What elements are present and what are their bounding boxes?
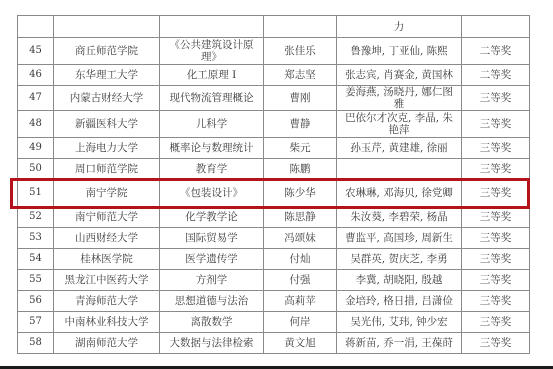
cell-no: 50 [18,159,54,180]
cell-course: 现代物流管理概论 [160,86,264,111]
cell-course: 教育学 [160,159,264,180]
cell-no: 52 [18,207,54,228]
table-row: 46东华理工大学化工原理 I郑志坚张志宾, 肖赛金, 黄国林二等奖 [18,65,530,86]
cell-school: 东华理工大学 [54,65,160,86]
cell-members: 金培玲, 格日措, 吕潇俭 [337,291,462,312]
cell-lead: 高莉苹 [264,291,337,312]
cell-course: 思想道德与法治 [160,291,264,312]
cell-no: 55 [18,270,54,291]
cell-course: 儿科学 [160,111,264,138]
table-row: 56青海师范大学思想道德与法治高莉苹金培玲, 格日措, 吕潇俭三等奖 [18,291,530,312]
cell-no: 46 [18,65,54,86]
cell-award: 三等奖 [462,249,530,270]
cell-lead: 曹刚 [264,86,337,111]
cell-members: 张志宾, 肖赛金, 黄国林 [337,65,462,86]
cell-award: 三等奖 [462,111,530,138]
cell-no: 45 [18,38,54,65]
table-row: 58湖南师范大学大数据与法律检索黄文旭蒋新苗, 乔一涓, 王葆莳三等奖 [18,333,530,354]
cell-lead: 张佳乐 [264,38,337,65]
cell-members: 巴依尔才次克, 李晶, 朱艳萍 [337,111,462,138]
cell-no: 58 [18,333,54,354]
cell-lead: 冯颂妹 [264,228,337,249]
cell-lead: 陈鹏 [264,159,337,180]
table-row: 53山西财经大学国际贸易学冯颂妹曹监平, 高国珍, 周新生三等奖 [18,228,530,249]
cell-school: 青海师范大学 [54,291,160,312]
cell-award: 三等奖 [462,270,530,291]
cell-school: 湖南师范大学 [54,333,160,354]
table-row: 48新疆医科大学儿科学曹静巴依尔才次克, 李晶, 朱艳萍三等奖 [18,111,530,138]
cell-course: 方剂学 [160,270,264,291]
table-row: 55黑龙江中医药大学方剂学付强李冀, 胡晓阳, 殷越三等奖 [18,270,530,291]
table-row: 47内蒙古财经大学现代物流管理概论曹刚姜海燕, 汤晓丹, 娜仁图雅三等奖 [18,86,530,111]
cell-award: 二等奖 [462,38,530,65]
cell-no [18,16,54,38]
cell-course: 《公共建筑设计原理》 [160,38,264,65]
table-row: 54桂林医学院医学遗传学付灿吴群英, 贺庆芝, 李勇三等奖 [18,249,530,270]
cell-lead: 陈少华 [264,180,337,207]
cell-no: 56 [18,291,54,312]
cell-members: 鲁豫坤, 丁亚仙, 陈熙 [337,38,462,65]
cell-members: 曹监平, 高国珍, 周新生 [337,228,462,249]
cell-members: 李冀, 胡晓阳, 殷越 [337,270,462,291]
table-row-header-fragment: 力 [18,16,530,38]
table-row-highlighted: 51南宁学院《包装设计》陈少华农琳琳, 邓海贝, 徐党卿三等奖 [18,180,530,207]
cell-school: 山西财经大学 [54,228,160,249]
cell-school: 黑龙江中医药大学 [54,270,160,291]
cell-no: 53 [18,228,54,249]
cell-award: 三等奖 [462,159,530,180]
cell-award: 三等奖 [462,228,530,249]
cell-award: 二等奖 [462,65,530,86]
cell-members: 力 [337,16,462,38]
cell-lead: 曹静 [264,111,337,138]
cell-course: 医学遗传学 [160,249,264,270]
cell-members: 吴群英, 贺庆芝, 李勇 [337,249,462,270]
cell-course: 概率论与数理统计 [160,138,264,159]
cell-school [54,16,160,38]
cell-members: 吴光伟, 艾玮, 钟少宏 [337,312,462,333]
cell-school: 南宁学院 [54,180,160,207]
table-row: 45商丘师范学院《公共建筑设计原理》张佳乐鲁豫坤, 丁亚仙, 陈熙二等奖 [18,38,530,65]
cell-course: 《包装设计》 [160,180,264,207]
cell-award: 三等奖 [462,312,530,333]
cell-lead: 何岸 [264,312,337,333]
cell-no: 57 [18,312,54,333]
table-row: 52南宁师范大学化学教学论陈思静朱汝葵, 李碧荣, 杨晶三等奖 [18,207,530,228]
awards-table: 力 45商丘师范学院《公共建筑设计原理》张佳乐鲁豫坤, 丁亚仙, 陈熙二等奖46… [17,15,530,354]
cell-award: 三等奖 [462,86,530,111]
cell-members: 农琳琳, 邓海贝, 徐党卿 [337,180,462,207]
cell-school: 新疆医科大学 [54,111,160,138]
cell-lead: 付灿 [264,249,337,270]
cell-no: 48 [18,111,54,138]
cell-course: 大数据与法律检索 [160,333,264,354]
awards-table-container: 力 45商丘师范学院《公共建筑设计原理》张佳乐鲁豫坤, 丁亚仙, 陈熙二等奖46… [17,15,529,354]
cell-lead [264,16,337,38]
cell-no: 49 [18,138,54,159]
cell-school: 桂林医学院 [54,249,160,270]
cell-no: 51 [18,180,54,207]
cell-award: 三等奖 [462,138,530,159]
cell-school: 周口师范学院 [54,159,160,180]
cell-lead: 黄文旭 [264,333,337,354]
cell-lead: 柴元 [264,138,337,159]
cell-school: 中南林业科技大学 [54,312,160,333]
cell-course: 化学教学论 [160,207,264,228]
cell-award: 三等奖 [462,180,530,207]
cell-school: 商丘师范学院 [54,38,160,65]
cell-course: 离散数学 [160,312,264,333]
cell-course: 国际贸易学 [160,228,264,249]
cell-school: 内蒙古财经大学 [54,86,160,111]
table-row: 57中南林业科技大学离散数学何岸吴光伟, 艾玮, 钟少宏三等奖 [18,312,530,333]
cell-lead: 付强 [264,270,337,291]
cell-no: 47 [18,86,54,111]
cell-members: 姜海燕, 汤晓丹, 娜仁图雅 [337,86,462,111]
cell-no: 54 [18,249,54,270]
table-row: 50周口师范学院教育学陈鹏三等奖 [18,159,530,180]
cell-lead: 郑志坚 [264,65,337,86]
cell-course [160,16,264,38]
cell-school: 南宁师范大学 [54,207,160,228]
cell-award: 三等奖 [462,207,530,228]
cell-lead: 陈思静 [264,207,337,228]
cell-course: 化工原理 I [160,65,264,86]
cell-award: 三等奖 [462,333,530,354]
cell-members [337,159,462,180]
cell-award [462,16,530,38]
cell-award: 三等奖 [462,291,530,312]
cell-members: 朱汝葵, 李碧荣, 杨晶 [337,207,462,228]
cell-school: 上海电力大学 [54,138,160,159]
table-row: 49上海电力大学概率论与数理统计柴元孙玉芹, 黄建雄, 徐丽三等奖 [18,138,530,159]
cell-members: 蒋新苗, 乔一涓, 王葆莳 [337,333,462,354]
cell-members: 孙玉芹, 黄建雄, 徐丽 [337,138,462,159]
